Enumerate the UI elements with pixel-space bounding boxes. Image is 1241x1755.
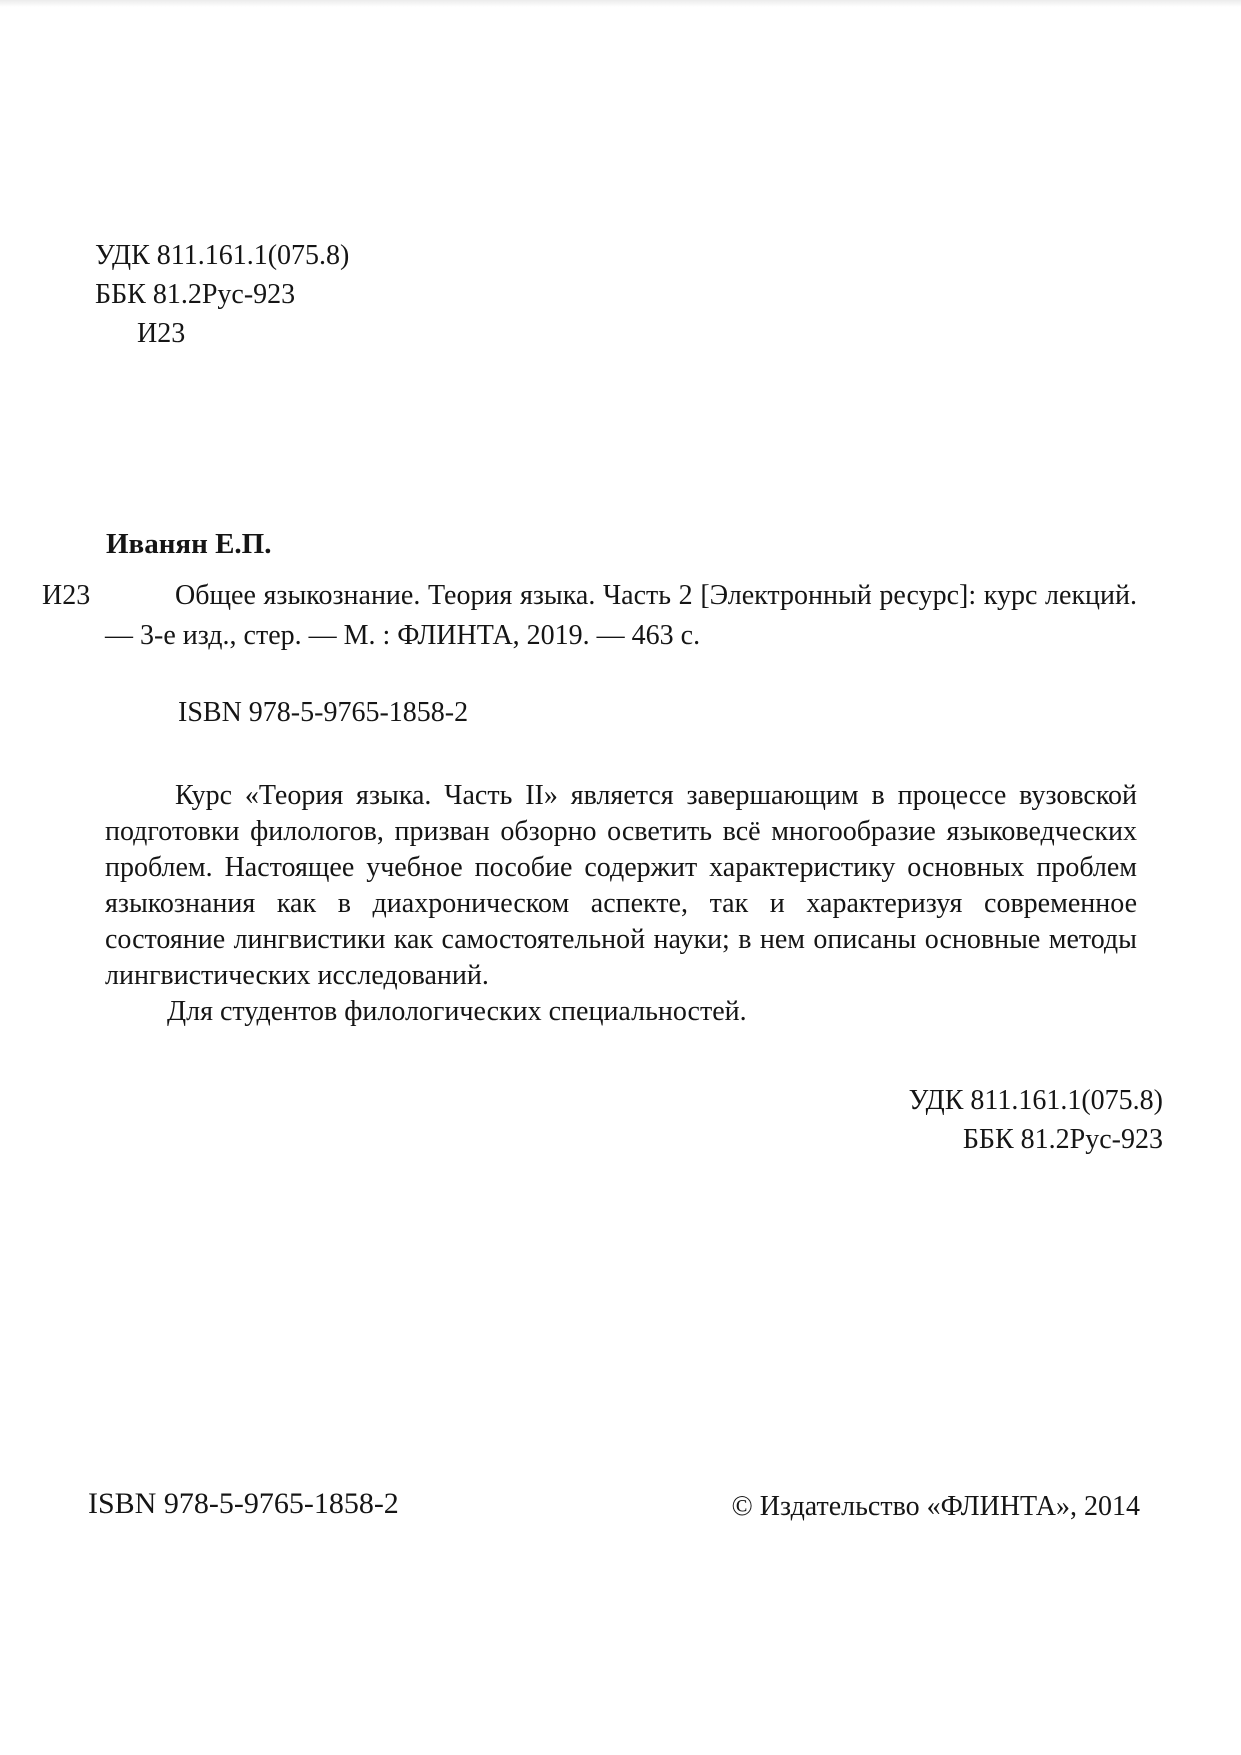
- classification-block-right: УДК 811.161.1(075.8) ББК 81.2Рус-923: [909, 1081, 1163, 1159]
- author-sign-line: И23: [95, 314, 349, 353]
- scan-edge-artifact: [0, 0, 1241, 7]
- isbn-line: ISBN 978-5-9765-1858-2: [178, 697, 468, 729]
- book-imprint-page: УДК 811.161.1(075.8) ББК 81.2Рус-923 И23…: [0, 0, 1241, 1755]
- bib-entry-text: Общее языкознание. Теория языка. Часть 2…: [105, 576, 1137, 656]
- bbk-line: ББК 81.2Рус-923: [95, 275, 349, 314]
- udc-line-right: УДК 811.161.1(075.8): [909, 1081, 1163, 1120]
- bib-entry-index: И23: [42, 580, 90, 612]
- footer-isbn: ISBN 978-5-9765-1858-2: [88, 1487, 399, 1521]
- bbk-line-right: ББК 81.2Рус-923: [909, 1120, 1163, 1159]
- footer-copyright: © Издательство «ФЛИНТА», 2014: [732, 1491, 1140, 1523]
- audience-line: Для студентов филологических специальнос…: [105, 994, 1137, 1030]
- annotation-block: Курс «Теория языка. Часть II» является з…: [105, 778, 1137, 1030]
- classification-block-top: УДК 811.161.1(075.8) ББК 81.2Рус-923 И23: [95, 236, 349, 353]
- author-name: Иванян Е.П.: [106, 528, 271, 561]
- annotation-paragraph: Курс «Теория языка. Часть II» является з…: [105, 778, 1137, 994]
- udc-line: УДК 811.161.1(075.8): [95, 236, 349, 275]
